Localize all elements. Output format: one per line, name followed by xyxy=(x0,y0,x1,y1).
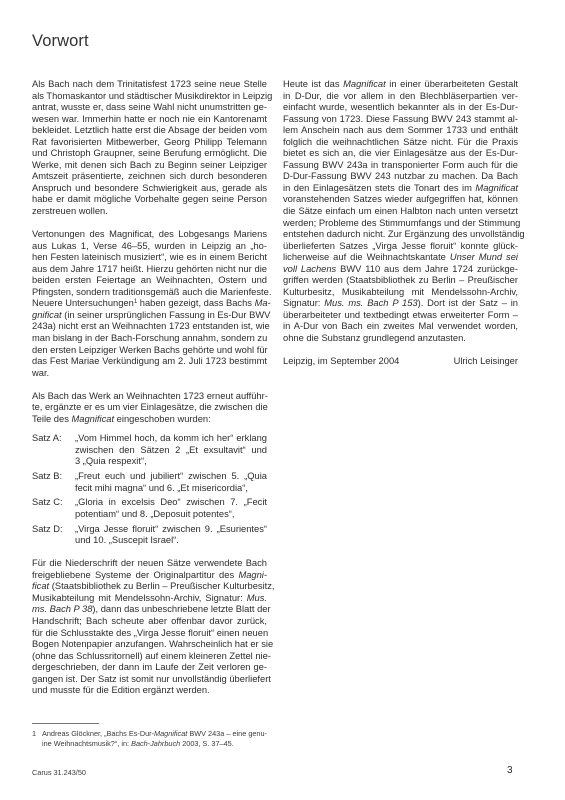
text-line: beiden ersten Feiertage an Weihnachten, … xyxy=(32,275,267,287)
satz-label: Satz A: xyxy=(32,433,75,468)
text-line: in D-Dur, die vor allem in den Blechbläs… xyxy=(283,91,518,103)
text-line: „Gloria in excelsis Deo“ zwischen 7. „Fe… xyxy=(75,497,267,509)
text-line: freigebliebene Systeme der Originalparti… xyxy=(32,570,267,582)
text-line: die Sätze einfach um einen Halbton nach … xyxy=(283,206,518,218)
text-line: habe er damit mögliche Vorbehalte gegen … xyxy=(32,194,267,206)
text-line: bietet es sich an, die vier Einlagesätze… xyxy=(283,148,518,160)
text-line: Für die Niederschrift der neuen Sätze ve… xyxy=(32,558,267,570)
satz-description: „Vom Himmel hoch, da komm ich her“ erkla… xyxy=(75,433,267,468)
text-line: Pfingsten, sondern traditionsgemäß auch … xyxy=(32,287,267,299)
text-line: licherweise auf die Weihnachtskantate Un… xyxy=(283,252,518,264)
text-line: Amtszeit präsentierte, zeichnen sich dur… xyxy=(32,171,267,183)
paragraph-christmas-performance: Als Bach das Werk an Weihnachten 1723 er… xyxy=(32,391,267,426)
page-title: Vorwort xyxy=(32,32,89,51)
text-line: man bislang in der Bach-Forschung annahm… xyxy=(32,333,267,345)
text-line: aus Lukas 1, Verse 46–55, wurden in Leip… xyxy=(32,241,267,253)
text-line: und 10. „Suscepit Israel“. xyxy=(75,535,267,547)
signature-place-date: Leipzig, im September 2004 xyxy=(283,356,399,368)
footnote-text: Andreas Glöckner, „Bachs Es-Dur-Magnific… xyxy=(42,729,267,748)
text-line: ficat (Staatsbibliothek zu Berlin – Preu… xyxy=(32,581,267,593)
text-line: wesen war. Immerhin hatte er noch nie ei… xyxy=(32,114,267,126)
satz-item-c: Satz C: „Gloria in excelsis Deo“ zwische… xyxy=(32,497,267,520)
paragraph-d-major-version: Heute ist das Magnificat in einer überar… xyxy=(283,79,518,345)
text-line: Als Bach das Werk an Weihnachten 1723 er… xyxy=(32,391,267,403)
satz-description: „Freut euch und jubiliert“ zwischen 5. „… xyxy=(75,471,267,494)
text-line: aus dem Jahre 1717 heißt. Hierzu gehörte… xyxy=(32,264,267,276)
satz-label: Satz C: xyxy=(32,497,75,520)
left-column: Als Bach nach dem Trinitatisfest 1723 se… xyxy=(32,79,267,708)
text-line: bekleidet. Letztlich hatte erst die Absa… xyxy=(32,125,267,137)
satz-item-d: Satz D: „Virga Jesse floruit“ zwischen 9… xyxy=(32,524,267,547)
text-line: Rat favorisierten Mitbewerber, Georg Phi… xyxy=(32,137,267,149)
text-line: Werke, mit denen sich Bach zu Beginn sei… xyxy=(32,160,267,172)
text-line: überarbeiteter und textbedingt etwas erw… xyxy=(283,310,518,322)
text-line: Kulturbesitz, Musikabteilung mit Mendels… xyxy=(283,287,518,299)
text-line: antrat, wusste er, dass seine Wahl nicht… xyxy=(32,102,267,114)
text-line: Teile des Magnificat eingeschoben wurden… xyxy=(32,414,267,426)
text-line: „Virga Jesse floruit“ zwischen 9. „Esuri… xyxy=(75,524,267,536)
satz-label: Satz B: xyxy=(32,471,75,494)
footnote-number: 1 xyxy=(32,729,42,748)
text-line: überlieferten Satzes „Virga Jesse florui… xyxy=(283,241,518,253)
text-line: zerstreuen wollen. xyxy=(32,206,267,218)
text-line: ine Weihnachtsmusik?“, in: Bach-Jahrbuch… xyxy=(42,739,267,749)
text-line: das Fest Mariae Verkündigung am 2. Juli … xyxy=(32,356,267,368)
text-line: voll Lachens BWV 110 aus dem Jahre 1724 … xyxy=(283,264,518,276)
signature-author: Ulrich Leisinger xyxy=(454,356,518,368)
text-line: Als Bach nach dem Trinitatisfest 1723 se… xyxy=(32,79,267,91)
text-line: dergeschrieben, der dann im Laufe der Ze… xyxy=(32,662,267,674)
text-line: Signatur: Mus. ms. Bach P 153). Dort ist… xyxy=(283,298,518,310)
text-line: „Vom Himmel hoch, da komm ich her“ erkla… xyxy=(75,433,267,445)
paragraph-manuscript: Für die Niederschrift der neuen Sätze ve… xyxy=(32,558,267,697)
text-line: voranstehenden Satzes wieder aufgegriffe… xyxy=(283,194,518,206)
text-line: den ersten Leipziger Werken Bachs gehört… xyxy=(32,345,267,357)
text-line: werden; Probleme des Stimmumfangs und de… xyxy=(283,218,518,230)
footnote-divider xyxy=(32,723,99,724)
text-line: gangen ist. Der Satz ist somit nur unvol… xyxy=(32,674,267,686)
text-line: Bogen Notenpapier anzufangen. Wahrschein… xyxy=(32,639,267,651)
satz-description: „Gloria in excelsis Deo“ zwischen 7. „Fe… xyxy=(75,497,267,520)
text-line: zwischen den Sätzen 2 „Et exsultavit“ un… xyxy=(75,445,267,457)
text-line: ms. Bach P 38), dann das unbeschriebene … xyxy=(32,604,267,616)
text-line: 3 „Quia respexit“, xyxy=(75,456,267,468)
text-line: hen Festen lateinisch musiziert“, wie es… xyxy=(32,252,267,264)
text-line: Heute ist das Magnificat in einer überar… xyxy=(283,79,518,91)
text-line: Andreas Glöckner, „Bachs Es-Dur-Magnific… xyxy=(42,729,267,739)
text-line: und musste für die Edition ergänzt werde… xyxy=(32,685,267,697)
text-line: 243a) nicht erst an Weihnachten 1723 ent… xyxy=(32,321,267,333)
text-line: in den Einlagesätzen stets die Tonart de… xyxy=(283,183,518,195)
text-line: einfacht wurde, wesentlich bekannter als… xyxy=(283,102,518,114)
satz-item-a: Satz A: „Vom Himmel hoch, da komm ich he… xyxy=(32,433,267,468)
text-line: fecit mihi magna“ und 6. „Et misericordi… xyxy=(75,483,267,495)
text-line: Handschrift; Bach scheute aber offenbar … xyxy=(32,616,267,628)
text-line: gnificat (in seiner ursprünglichen Fassu… xyxy=(32,310,267,322)
text-line: lem Anschein nach aus dem Sommer 1733 un… xyxy=(283,125,518,137)
text-line: D-Dur-Fassung BWV 243 nutzbar zu machen.… xyxy=(283,171,518,183)
right-column: Heute ist das Magnificat in einer überar… xyxy=(283,79,518,368)
text-line: als Thomaskantor und städtischer Musikdi… xyxy=(32,91,267,103)
page-number: 3 xyxy=(507,765,513,776)
text-line: te, ergänzte er es um vier Einlagesätze,… xyxy=(32,402,267,414)
text-line: Neuere Untersuchungen1 haben gezeigt, da… xyxy=(32,298,267,310)
text-line: in A-Dur von Bach ein zweites Mal verwen… xyxy=(283,321,518,333)
text-line: ohne die Substanz grundlegend anzutasten… xyxy=(283,333,518,345)
text-line: entstehen dadurch nicht. Zur Ergänzung d… xyxy=(283,229,518,241)
satz-item-b: Satz B: „Freut euch und jubiliert“ zwisc… xyxy=(32,471,267,494)
text-line: Anspruch und besondere Schwierigkeit aus… xyxy=(32,183,267,195)
paragraph-magnificat-settings: Vertonungen des Magnificat, des Lobgesan… xyxy=(32,229,267,379)
text-line: griffen werden (Staatsbibliothek zu Berl… xyxy=(283,275,518,287)
text-line: für die Schlusstakte des „Virga Jesse fl… xyxy=(32,628,267,640)
text-line: war. xyxy=(32,368,267,380)
text-line: potentiam“ und 8. „Deposuit potentes“, xyxy=(75,509,267,521)
footnote: 1 Andreas Glöckner, „Bachs Es-Dur-Magnif… xyxy=(32,729,267,748)
text-line: Vertonungen des Magnificat, des Lobgesan… xyxy=(32,229,267,241)
text-line: Fassung von 1723. Diese Fassung BWV 243 … xyxy=(283,114,518,126)
satz-list: Satz A: „Vom Himmel hoch, da komm ich he… xyxy=(32,433,267,546)
text-line: „Freut euch und jubiliert“ zwischen 5. „… xyxy=(75,471,267,483)
satz-description: „Virga Jesse floruit“ zwischen 9. „Esuri… xyxy=(75,524,267,547)
text-line: folglich die weihnachtlichen Sätze nicht… xyxy=(283,137,518,149)
signature: Leipzig, im September 2004 Ulrich Leisin… xyxy=(283,356,518,368)
text-line: Musikabteilung mit Mendelssohn-Archiv, S… xyxy=(32,593,267,605)
catalog-number: Carus 31.243/50 xyxy=(32,768,86,777)
text-line: und Christoph Graupner, seine Berufung e… xyxy=(32,148,267,160)
satz-label: Satz D: xyxy=(32,524,75,547)
paragraph-intro: Als Bach nach dem Trinitatisfest 1723 se… xyxy=(32,79,267,218)
text-line: Fassung BWV 243a in transponierter Form … xyxy=(283,160,518,172)
text-line: (ohne das Schlussritornell) auf einem kl… xyxy=(32,651,267,663)
